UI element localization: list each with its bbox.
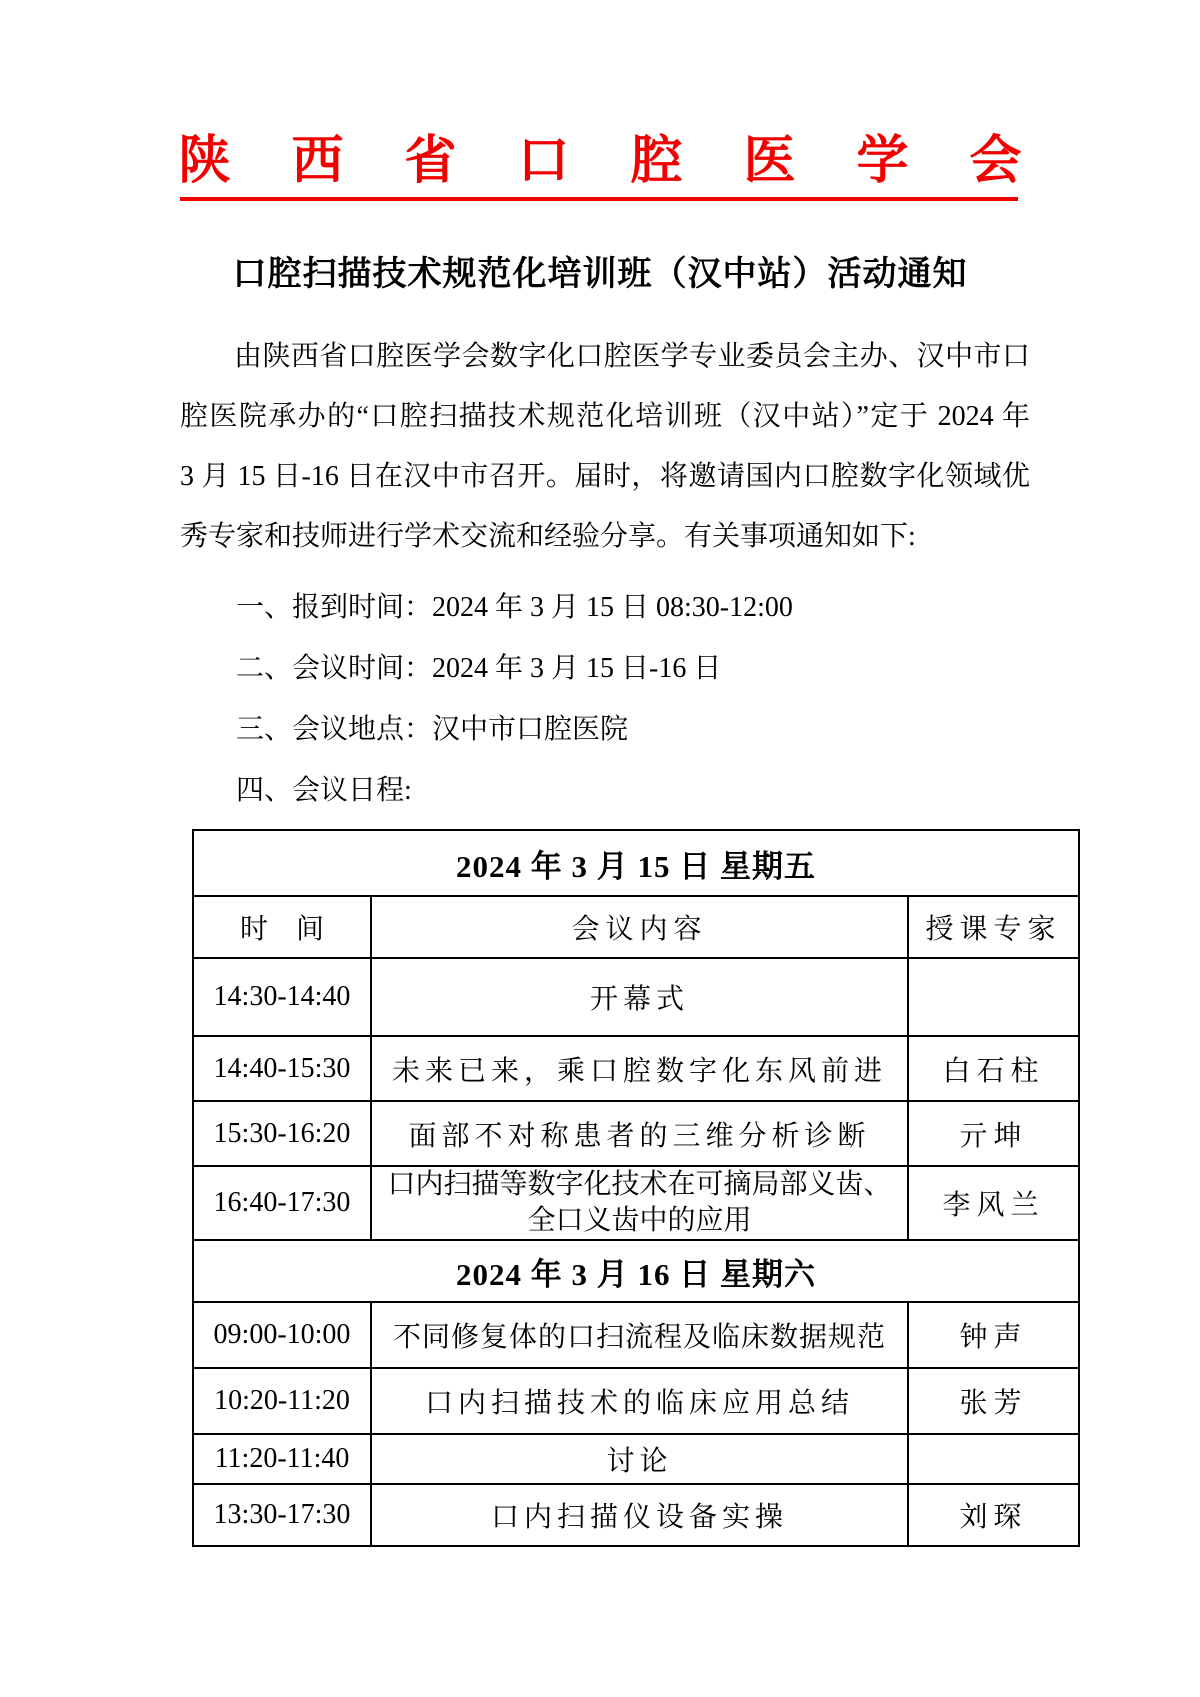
page-title: 口腔扫描技术规范化培训班（汉中站）活动通知 (0, 246, 1200, 295)
schedule-row: 14:40-15:30 未来已来，乘口腔数字化东风前进 白石柱 (193, 1036, 1079, 1101)
content-cell: 口内扫描等数字化技术在可摘局部义齿、全口义齿中的应用 (371, 1166, 908, 1240)
col-header-time: 时 间 (193, 896, 371, 958)
content-cell: 面部不对称患者的三维分析诊断 (371, 1101, 908, 1166)
schedule-row: 11:20-11:40 讨论 (193, 1434, 1079, 1484)
day1-header-row: 2024 年 3 月 15 日 星期五 (193, 830, 1079, 896)
day2-title: 2024 年 3 月 16 日 星期六 (193, 1240, 1079, 1302)
notice-document: { "accent_color": "#f20000", "letterhead… (0, 0, 1200, 1697)
content-cell: 未来已来，乘口腔数字化东风前进 (371, 1036, 908, 1101)
col-header-speaker: 授课专家 (908, 896, 1079, 958)
notice-item-meeting-time: 二、会议时间：2024 年 3 月 15 日-16 日 (236, 638, 1036, 699)
schedule-row: 16:40-17:30 口内扫描等数字化技术在可摘局部义齿、全口义齿中的应用 李… (193, 1166, 1079, 1240)
time-cell: 11:20-11:40 (193, 1434, 371, 1484)
paragraph-line: 秀专家和技师进行学术交流和经验分享。有关事项通知如下: (180, 507, 1030, 567)
content-cell: 口内扫描技术的临床应用总结 (371, 1368, 908, 1434)
notice-item-agenda-label: 四、会议日程: (236, 760, 1036, 821)
time-cell: 14:30-14:40 (193, 958, 371, 1036)
content-cell: 口内扫描仪设备实操 (371, 1484, 908, 1546)
paragraph-line: 由陕西省口腔医学会数字化口腔医学专业委员会主办、汉中市口 (180, 327, 1030, 387)
content-cell: 不同修复体的口扫流程及临床数据规范 (371, 1302, 908, 1368)
column-header-row: 时 间 会议内容 授课专家 (193, 896, 1079, 958)
paragraph-line: 3 月 15 日-16 日在汉中市召开。届时，将邀请国内口腔数字化领域优 (180, 447, 1030, 507)
schedule-row: 09:00-10:00 不同修复体的口扫流程及临床数据规范 钟声 (193, 1302, 1079, 1368)
content-cell: 讨论 (371, 1434, 908, 1484)
col-header-content: 会议内容 (371, 896, 908, 958)
content-cell: 开幕式 (371, 958, 908, 1036)
speaker-cell: 李风兰 (908, 1166, 1079, 1240)
speaker-cell: 钟声 (908, 1302, 1079, 1368)
notice-item-registration-time: 一、报到时间：2024 年 3 月 15 日 08:30-12:00 (236, 577, 1036, 638)
time-cell: 10:20-11:20 (193, 1368, 371, 1434)
notice-items: 一、报到时间：2024 年 3 月 15 日 08:30-12:00 二、会议时… (236, 577, 1036, 821)
speaker-cell: 白石柱 (908, 1036, 1079, 1101)
organization-title: 陕 西 省 口 腔 医 学 会 (0, 118, 1200, 193)
intro-paragraph: 由陕西省口腔医学会数字化口腔医学专业委员会主办、汉中市口 腔医院承办的“口腔扫描… (180, 327, 1030, 567)
schedule-row: 13:30-17:30 口内扫描仪设备实操 刘琛 (193, 1484, 1079, 1546)
schedule-row: 15:30-16:20 面部不对称患者的三维分析诊断 亓坤 (193, 1101, 1079, 1166)
speaker-cell (908, 1434, 1079, 1484)
speaker-cell: 张芳 (908, 1368, 1079, 1434)
schedule-table: 2024 年 3 月 15 日 星期五 时 间 会议内容 授课专家 14:30-… (192, 829, 1080, 1547)
notice-item-meeting-place: 三、会议地点：汉中市口腔医院 (236, 699, 1036, 760)
time-cell: 09:00-10:00 (193, 1302, 371, 1368)
day2-header-row: 2024 年 3 月 16 日 星期六 (193, 1240, 1079, 1302)
schedule-row: 10:20-11:20 口内扫描技术的临床应用总结 张芳 (193, 1368, 1079, 1434)
time-cell: 14:40-15:30 (193, 1036, 371, 1101)
time-cell: 16:40-17:30 (193, 1166, 371, 1240)
time-cell: 13:30-17:30 (193, 1484, 371, 1546)
letterhead-divider (180, 197, 1018, 201)
schedule-table-wrapper: 2024 年 3 月 15 日 星期五 时 间 会议内容 授课专家 14:30-… (192, 829, 1080, 1547)
speaker-cell (908, 958, 1079, 1036)
speaker-cell: 刘琛 (908, 1484, 1079, 1546)
speaker-cell: 亓坤 (908, 1101, 1079, 1166)
day1-title: 2024 年 3 月 15 日 星期五 (193, 830, 1079, 896)
paragraph-line: 腔医院承办的“口腔扫描技术规范化培训班（汉中站）”定于 2024 年 (180, 387, 1030, 447)
schedule-row: 14:30-14:40 开幕式 (193, 958, 1079, 1036)
time-cell: 15:30-16:20 (193, 1101, 371, 1166)
